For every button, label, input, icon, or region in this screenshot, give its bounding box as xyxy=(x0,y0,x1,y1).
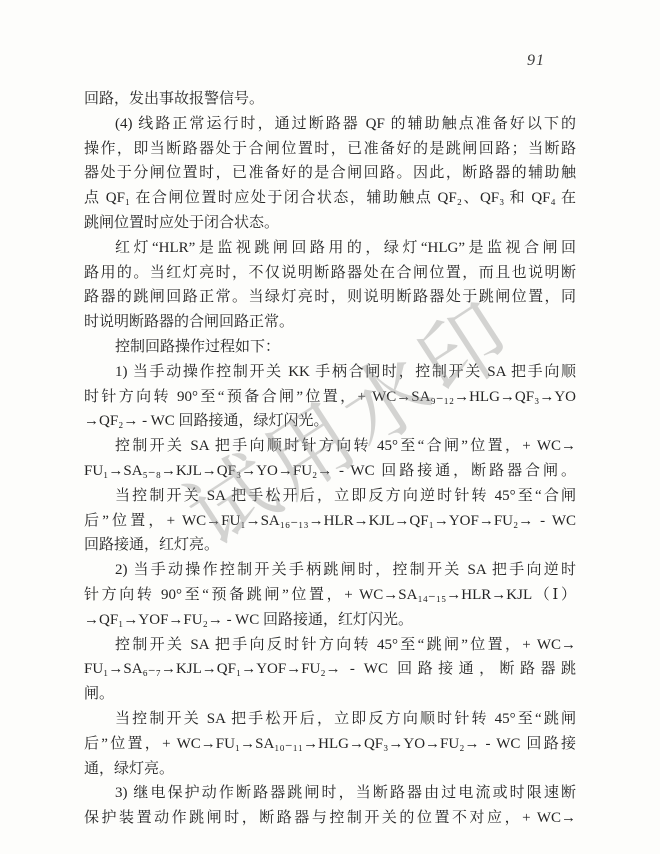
text-line: 回路接通，红灯亮。 xyxy=(84,533,576,558)
text-line: 红灯“HLR”是监视跳闸回路用的，绿灯“HLG”是监视合闸回 xyxy=(84,236,576,261)
text-line: 针方向转 90°至“预备跳闸”位置，+ WC→SA₁₄₋₁₅→HLR→KJL（Ⅰ… xyxy=(84,583,576,608)
text-line: 3) 继电保护动作断路器跳闸时，当断路器由过电流或时限速断 xyxy=(84,781,576,806)
page-number: 91 xyxy=(524,52,548,70)
text-line: 时说明断路器的合闸回路正常。 xyxy=(84,310,576,335)
text-line: 通，绿灯亮。 xyxy=(84,757,576,782)
text-line: 器处于分闸位置时，已准备好的是合闸回路。因此，断路器的辅助触 xyxy=(84,161,576,186)
text-line: FU₁→SA₅₋₈→KJL→QF₃→YO→FU₂→ - WC 回路接通，断路器合… xyxy=(84,459,576,484)
text-line: 回路，发出事故报警信号。 xyxy=(84,87,576,112)
text-line: 2) 当手动操作控制开关手柄跳闸时，控制开关 SA 把手向逆时 xyxy=(84,558,576,583)
text-line: 1) 当手动操作控制开关 KK 手柄合闸时，控制开关 SA 把手向顺 xyxy=(84,360,576,385)
text-line: 点 QF₁ 在合闸位置时应处于闭合状态，辅助触点 QF₂、QF₃ 和 QF₄ 在 xyxy=(84,186,576,211)
text-line: 控制回路操作过程如下： xyxy=(84,335,576,360)
text-line: FU₁→SA₆₋₇→KJL→QF₁→YOF→FU₂→ - WC 回路接通，断路器… xyxy=(84,657,576,682)
text-line: 后”位置，+ WC→FU₁→SA₁₀₋₁₁→HLG→QF₃→YO→FU₂→ - … xyxy=(84,732,576,757)
page-text-column: 回路，发出事故报警信号。(4) 线路正常运行时，通过断路器 QF 的辅助触点准备… xyxy=(84,87,576,831)
text-line: 当控制开关 SA 把手松开后，立即反方向顺时针转 45°至“跳闸 xyxy=(84,707,576,732)
text-line: 闸。 xyxy=(84,682,576,707)
text-line: 跳闸位置时应处于闭合状态。 xyxy=(84,211,576,236)
text-line: 当控制开关 SA 把手松开后，立即反方向逆时针转 45°至“合闸 xyxy=(84,484,576,509)
text-line: 控制开关 SA 把手向反时针方向转 45°至“跳闸”位置，+ WC→ xyxy=(84,633,576,658)
text-line: 操作，即当断路器处于合闸位置时，已准备好的是跳闸回路；当断路 xyxy=(84,137,576,162)
text-line: 保护装置动作跳闸时，断路器与控制开关的位置不对应，+ WC→ xyxy=(84,806,576,831)
text-line: 路用的。当红灯亮时，不仅说明断路器处在合闸位置，而且也说明断 xyxy=(84,261,576,286)
text-line: 时针方向转 90°至“预备合闸”位置，+ WC→SA₉₋₁₂→HLG→QF₃→Y… xyxy=(84,385,576,410)
text-line: (4) 线路正常运行时，通过断路器 QF 的辅助触点准备好以下的 xyxy=(84,112,576,137)
text-line: 控制开关 SA 把手向顺时针方向转 45°至“合闸”位置，+ WC→ xyxy=(84,434,576,459)
text-line: 路器的跳闸回路正常。当绿灯亮时，则说明断路器处于跳闸位置，同 xyxy=(84,285,576,310)
text-line: →QF₂→ - WC 回路接通，绿灯闪光。 xyxy=(84,409,576,434)
text-line: →QF₁→YOF→FU₂→ - WC 回路接通，红灯闪光。 xyxy=(84,608,576,633)
text-line: 后”位置，+ WC→FU₁→SA₁₆₋₁₃→HLR→KJL→QF₁→YOF→FU… xyxy=(84,509,576,534)
book-page: 91 回路，发出事故报警信号。(4) 线路正常运行时，通过断路器 QF 的辅助触… xyxy=(0,0,660,854)
